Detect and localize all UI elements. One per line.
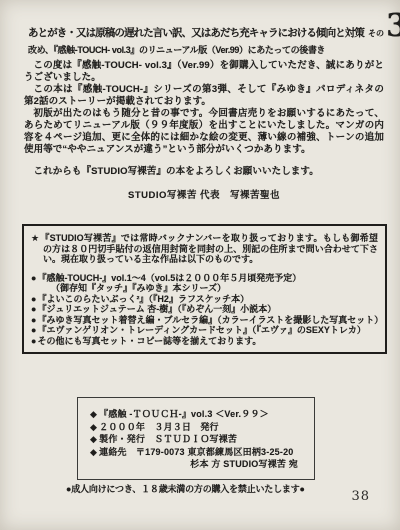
backnumber-header-text: 『STUDIO写裸苦』では常時バックナンバーを取り扱っております。もしも御希望の… xyxy=(40,233,378,264)
item-text: 『みゆき写真セット着替え編・ブルセラ編』（カラーイラストを撮影した写真セット） xyxy=(37,315,383,325)
colophon-line-text: 『感触 -ＴＯＵＣＨ-』vol.3 ＜Ver.９９＞ xyxy=(99,409,269,419)
page-number: 38 xyxy=(351,489,370,504)
colophon-addressee: 杉本 方 STUDIO写裸苦 宛 xyxy=(90,458,304,471)
item-subtext: （御存知『タッチ』『みゆき』本シリーズ） xyxy=(42,283,378,294)
bullet-icon: ● xyxy=(31,294,36,304)
page-subtitle: 改め、『感触-TOUCH- vol.3』のリニューアル版（Ver.99）にあたっ… xyxy=(28,43,390,56)
item-text: 『感触-TOUCH-』vol.1～4（vol.5は２０００年５月頃発売予定） xyxy=(37,273,301,283)
item-text: その他にも写真セット・コピー誌等を揃えております。 xyxy=(37,336,261,346)
colophon-line: ◆『感触 -ＴＯＵＣＨ-』vol.3 ＜Ver.９９＞ xyxy=(90,408,304,421)
list-item: ●『感触-TOUCH-』vol.1～4（vol.5は２０００年５月頃発売予定） … xyxy=(31,273,378,294)
afterword-paragraph: これからも『STUDIO写裸苦』の本をよろしくお願いいたします。 xyxy=(24,166,384,178)
bullet-icon: ● xyxy=(31,304,36,314)
diamond-icon: ◆ xyxy=(90,447,97,457)
afterword-body: この度は『感触-TOUCH- vol.3』（Ver.99）を御購入していただき、… xyxy=(24,60,384,201)
diamond-icon: ◆ xyxy=(90,409,97,419)
title-block: あとがき・又は原稿の遅れた言い訳、又はあだち充キャラにおける傾向と対策 その 3… xyxy=(28,12,390,56)
bullet-icon: ● xyxy=(31,325,36,335)
afterword-paragraph: この本は『感触-TOUCH-』シリーズの第3弾、そして『みゆき』パロディネタの第… xyxy=(24,84,384,108)
item-text: 『ジュリエットジュテーム 杏-樹』（『めぞん一刻』小説本） xyxy=(37,304,276,314)
colophon-line-text: 連絡先 〒179-0073 東京都練馬区田柄3-25-20 xyxy=(99,447,293,457)
list-item: ●『エヴァンゲリオン・トレーディングカードセット』（『エヴァ』のSEXYトレカ） xyxy=(31,325,378,336)
title-sono-label: その xyxy=(368,28,384,39)
afterword-page: あとがき・又は原稿の遅れた言い訳、又はあだち充キャラにおける傾向と対策 その 3… xyxy=(0,0,400,530)
colophon-line-text: 製作・発行 ＳＴＵＤＩＯ写裸苦 xyxy=(99,434,237,444)
star-icon: ★ xyxy=(31,233,39,243)
bullet-icon: ● xyxy=(31,315,36,325)
signature-line: STUDIO写裸苦 代表 写裸苦聖也 xyxy=(24,187,384,201)
diamond-icon: ◆ xyxy=(90,422,97,432)
list-item: ●その他にも写真セット・コピー誌等を揃えております。 xyxy=(31,336,378,347)
list-item: ●『よいこのらたいぶっく²』（『H2』ラフスケッチ本） xyxy=(31,294,378,305)
backnumber-header: ★『STUDIO写裸苦』では常時バックナンバーを取り扱っております。もしも御希望… xyxy=(31,233,378,265)
colophon-line-text: ２０００年 ３月３日 発行 xyxy=(99,422,219,432)
bullet-icon: ● xyxy=(31,273,36,283)
title-number: 3 xyxy=(386,12,400,38)
list-item: ●『みゆき写真セット着替え編・ブルセラ編』（カラーイラストを撮影した写真セット） xyxy=(31,315,378,326)
colophon-line: ◆２０００年 ３月３日 発行 xyxy=(90,421,304,434)
bullet-icon: ● xyxy=(31,336,36,346)
colophon-line: ◆製作・発行 ＳＴＵＤＩＯ写裸苦 xyxy=(90,433,304,446)
adult-warning: ●成人向けにつき、１８歳未満の方の購入を禁止いたします● xyxy=(66,482,305,495)
afterword-paragraph: この度は『感触-TOUCH- vol.3』（Ver.99）を御購入していただき、… xyxy=(24,60,384,84)
diamond-icon: ◆ xyxy=(90,434,97,444)
colophon-box: ◆『感触 -ＴＯＵＣＨ-』vol.3 ＜Ver.９９＞ ◆２０００年 ３月３日 … xyxy=(77,397,315,480)
item-text: 『よいこのらたいぶっく²』（『H2』ラフスケッチ本） xyxy=(37,294,249,304)
backnumber-list: ●『感触-TOUCH-』vol.1～4（vol.5は２０００年５月頃発売予定） … xyxy=(31,273,378,347)
list-item: ●『ジュリエットジュテーム 杏-樹』（『めぞん一刻』小説本） xyxy=(31,304,378,315)
colophon-line: ◆連絡先 〒179-0073 東京都練馬区田柄3-25-20 xyxy=(90,446,304,459)
afterword-paragraph: 初版が出たのはもう随分と昔の事です。今回書店売りをお願いするにあたって、あらため… xyxy=(24,108,384,156)
page-title: あとがき・又は原稿の遅れた言い訳、又はあだち充キャラにおける傾向と対策 xyxy=(28,25,364,40)
item-text: 『エヴァンゲリオン・トレーディングカードセット』（『エヴァ』のSEXYトレカ） xyxy=(37,325,365,335)
backnumber-box: ★『STUDIO写裸苦』では常時バックナンバーを取り扱っております。もしも御希望… xyxy=(22,224,387,354)
